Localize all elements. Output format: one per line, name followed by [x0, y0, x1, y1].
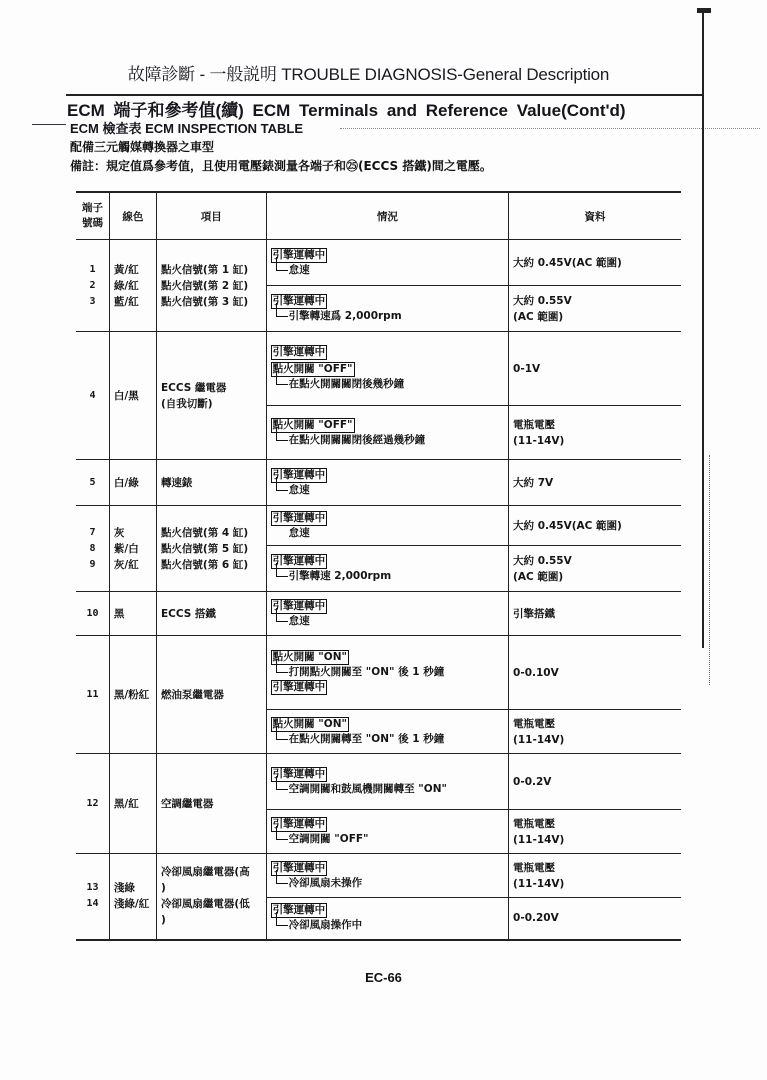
header-data: 資料: [509, 192, 681, 240]
item-text: 點火信號(第 4 缸): [161, 527, 248, 539]
data-value: 0-1V: [513, 363, 540, 375]
item-text: 點火信號(第 1 缸): [161, 264, 248, 276]
terminal-cell: 5: [76, 460, 109, 506]
terminal-number: 7: [89, 527, 95, 538]
wire-color: 淺綠: [114, 882, 135, 894]
item-text: 點火信號(第 5 缸): [161, 543, 248, 555]
item-text: ): [161, 882, 166, 894]
item-cell: 燃油泵繼電器: [156, 636, 266, 754]
terminal-cell: 10: [76, 592, 109, 636]
item-text: (自我切斷): [161, 398, 213, 410]
data-cell: 電瓶電壓 (11-14V): [509, 406, 681, 460]
condition-sub: 空調開關 "OFF": [271, 832, 504, 847]
condition-cell: 點火開關 "OFF" 在點火開關關閉後經過幾秒鐘: [266, 406, 508, 460]
data-value: 大約 0.55V: [513, 555, 572, 567]
data-cell: 電瓶電壓 (11-14V): [509, 854, 681, 898]
data-cell: 0-0.10V: [509, 636, 681, 710]
vehicle-note: 配備三元觸媒轉換器之車型: [70, 138, 214, 155]
data-value: 大約 0.55V: [513, 295, 572, 307]
data-value: 電瓶電壓: [513, 419, 555, 431]
item-text: 點火信號(第 2 缸): [161, 280, 248, 292]
data-cell: 電瓶電壓 (11-14V): [509, 810, 681, 854]
condition-cell: 引擎運轉中 怠速: [266, 506, 508, 546]
header-terminal-line1: 端子: [82, 202, 103, 214]
condition-cell: 引擎運轉中 冷卻風扇未操作: [266, 854, 508, 898]
data-cell: 0-0.20V: [509, 898, 681, 940]
table-row: 7 8 9 灰 紫/白 灰/紅 點火信號(第 4 缸) 點火信號(第 5 缸) …: [76, 506, 681, 546]
condition-cell: 引擎運轉中 冷卻風扇操作中: [266, 898, 508, 940]
condition-sub: 在點火開關轉至 "ON" 後 1 秒鐘: [271, 732, 504, 747]
table-row: 4 白/黑 ECCS 繼電器 (自我切斷) 引擎運轉中 點火開關 "OFF" 在…: [76, 332, 681, 406]
condition-sub: 怠速: [271, 483, 504, 498]
wire-color: 綠/紅: [114, 280, 139, 292]
data-value: 大約 0.45V(AC 範圍): [513, 257, 622, 269]
condition-cell: 點火開關 "ON" 打開點火開關至 "ON" 後 1 秒鐘 引擎運轉中: [266, 636, 508, 710]
condition-cell: 引擎運轉中 引擎轉速爲 2,000rpm: [266, 286, 508, 332]
table-header-row: 端子 號碼 線色 項目 情況 資料: [76, 192, 681, 240]
condition-sub: 打開點火開關至 "ON" 後 1 秒鐘: [271, 665, 504, 680]
data-cell: 大約 7V: [509, 460, 681, 506]
table-row: 1 2 3 黃/紅 綠/紅 藍/紅 點火信號(第 1 缸) 點火信號(第 2 缸…: [76, 240, 681, 286]
data-value: 電瓶電壓: [513, 718, 555, 730]
condition-boxed-label: 引擎運轉中: [271, 345, 328, 360]
data-value: 電瓶電壓: [513, 818, 555, 830]
item-text: ECCS 繼電器: [161, 382, 227, 394]
wire-color-cell: 灰 紫/白 灰/紅: [109, 506, 156, 592]
data-value: (AC 範圍): [513, 571, 563, 583]
condition-cell: 引擎運轉中 空調開關 "OFF": [266, 810, 508, 854]
margin-dash: [32, 124, 66, 125]
data-cell: 大約 0.45V(AC 範圍): [509, 240, 681, 286]
item-cell: ECCS 搭鐵: [156, 592, 266, 636]
data-cell: 0-1V: [509, 332, 681, 406]
item-cell: 空調繼電器: [156, 754, 266, 854]
dotted-rule: [340, 128, 760, 130]
wire-color: 藍/紅: [114, 296, 139, 308]
item-text: ): [161, 914, 166, 926]
terminal-cell: 7 8 9: [76, 506, 109, 592]
data-value: (11-14V): [513, 834, 564, 846]
condition-sub: 引擎轉速 2,000rpm: [271, 569, 504, 584]
item-cell: 轉速錶: [156, 460, 266, 506]
data-value: (11-14V): [513, 734, 564, 746]
binding-line: [702, 8, 704, 648]
terminal-number: 3: [89, 296, 95, 307]
condition-sub: 冷卻風扇未操作: [271, 876, 504, 891]
item-cell: ECCS 繼電器 (自我切斷): [156, 332, 266, 460]
terminal-number: 8: [89, 543, 95, 554]
wire-color-cell: 白/綠: [109, 460, 156, 506]
data-value: (11-14V): [513, 435, 564, 447]
wire-color: 黃/紅: [114, 264, 139, 276]
condition-sub: 冷卻風扇操作中: [271, 918, 504, 933]
data-value: 電瓶電壓: [513, 862, 555, 874]
page-title: 故障診斷 - 一般説明 TROUBLE DIAGNOSIS-General De…: [0, 60, 737, 85]
wire-color-cell: 黑: [109, 592, 156, 636]
data-cell: 電瓶電壓 (11-14V): [509, 710, 681, 754]
binding-mark: [697, 8, 711, 13]
table-row: 13 14 淺綠 淺綠/紅 冷卻風扇繼電器(高 ) 冷卻風扇繼電器(低 ) 引擎…: [76, 854, 681, 898]
remark-note: 備註：規定值爲參考值，且使用電壓錶測量各端子和㉕(ECCS 搭鐵)間之電壓。: [70, 157, 492, 174]
condition-sub: 在點火開關關閉後幾秒鐘: [271, 377, 504, 392]
item-cell: 冷卻風扇繼電器(高 ) 冷卻風扇繼電器(低 ): [156, 854, 266, 940]
condition-cell: 引擎運轉中 怠速: [266, 240, 508, 286]
item-text: 冷卻風扇繼電器(低: [161, 898, 250, 910]
table-row: 11 黑/粉紅 燃油泵繼電器 點火開關 "ON" 打開點火開關至 "ON" 後 …: [76, 636, 681, 710]
data-cell: 大約 0.45V(AC 範圍): [509, 506, 681, 546]
terminal-cell: 12: [76, 754, 109, 854]
terminal-number: 1: [89, 264, 95, 275]
wire-color-cell: 白/黑: [109, 332, 156, 460]
wire-color: 淺綠/紅: [114, 898, 149, 910]
wire-color: 紫/白: [114, 543, 139, 555]
item-text: 點火信號(第 6 缸): [161, 559, 248, 571]
ecm-inspection-table: 端子 號碼 線色 項目 情況 資料 1 2 3 黃/紅 綠/紅 藍/紅 點火信號…: [76, 191, 681, 941]
binding-dots: [709, 455, 711, 685]
data-cell: 0-0.2V: [509, 754, 681, 810]
condition-sub: 怠速: [271, 614, 504, 629]
wire-color-cell: 黃/紅 綠/紅 藍/紅: [109, 240, 156, 332]
wire-color-cell: 黑/粉紅: [109, 636, 156, 754]
item-cell: 點火信號(第 4 缸) 點火信號(第 5 缸) 點火信號(第 6 缸): [156, 506, 266, 592]
header-condition: 情況: [266, 192, 508, 240]
terminal-number: 13: [86, 882, 98, 893]
condition-cell: 引擎運轉中 空調開關和鼓風機開關轉至 "ON": [266, 754, 508, 810]
table-row: 5 白/綠 轉速錶 引擎運轉中 怠速 大約 7V: [76, 460, 681, 506]
header-wire-color: 線色: [109, 192, 156, 240]
table-row: 10 黑 ECCS 搭鐵 引擎運轉中 怠速 引擎搭鐵: [76, 592, 681, 636]
terminal-number: 14: [86, 898, 98, 909]
data-cell: 大約 0.55V (AC 範圍): [509, 546, 681, 592]
header-terminal-line2: 號碼: [82, 217, 103, 229]
item-cell: 點火信號(第 1 缸) 點火信號(第 2 缸) 點火信號(第 3 缸): [156, 240, 266, 332]
condition-cell: 引擎運轉中 怠速: [266, 460, 508, 506]
data-cell: 大約 0.55V (AC 範圍): [509, 286, 681, 332]
subsection-title: ECM 檢查表 ECM INSPECTION TABLE: [70, 118, 303, 137]
data-value: (11-14V): [513, 878, 564, 890]
condition-boxed-label: 引擎運轉中: [271, 680, 328, 695]
header-item: 項目: [156, 192, 266, 240]
condition-cell: 引擎運轉中 怠速: [266, 592, 508, 636]
wire-color: 灰: [114, 527, 125, 539]
data-value: (AC 範圍): [513, 311, 563, 323]
terminal-number: 2: [89, 280, 95, 291]
header-terminal: 端子 號碼: [76, 192, 109, 240]
item-text: 冷卻風扇繼電器(高: [161, 866, 250, 878]
terminal-cell: 13 14: [76, 854, 109, 940]
condition-sub: 引擎轉速爲 2,000rpm: [271, 309, 504, 324]
wire-color-cell: 黑/紅: [109, 754, 156, 854]
terminal-cell: 11: [76, 636, 109, 754]
condition-cell: 點火開關 "ON" 在點火開關轉至 "ON" 後 1 秒鐘: [266, 710, 508, 754]
condition-sub: 怠速: [271, 526, 504, 541]
data-cell: 引擎搭鐵: [509, 592, 681, 636]
wire-color: 灰/紅: [114, 559, 139, 571]
condition-cell: 引擎運轉中 點火開關 "OFF" 在點火開關關閉後幾秒鐘: [266, 332, 508, 406]
condition-sub: 在點火開關關閉後經過幾秒鐘: [271, 433, 504, 448]
terminal-cell: 4: [76, 332, 109, 460]
terminal-cell: 1 2 3: [76, 240, 109, 332]
condition-sub: 怠速: [271, 263, 504, 278]
condition-sub: 空調開關和鼓風機開關轉至 "ON": [271, 782, 504, 797]
terminal-number: 9: [89, 559, 95, 570]
item-text: 點火信號(第 3 缸): [161, 296, 248, 308]
page-number: EC-66: [0, 970, 767, 985]
condition-cell: 引擎運轉中 引擎轉速 2,000rpm: [266, 546, 508, 592]
wire-color-cell: 淺綠 淺綠/紅: [109, 854, 156, 940]
table-row: 12 黑/紅 空調繼電器 引擎運轉中 空調開關和鼓風機開關轉至 "ON" 0-0…: [76, 754, 681, 810]
